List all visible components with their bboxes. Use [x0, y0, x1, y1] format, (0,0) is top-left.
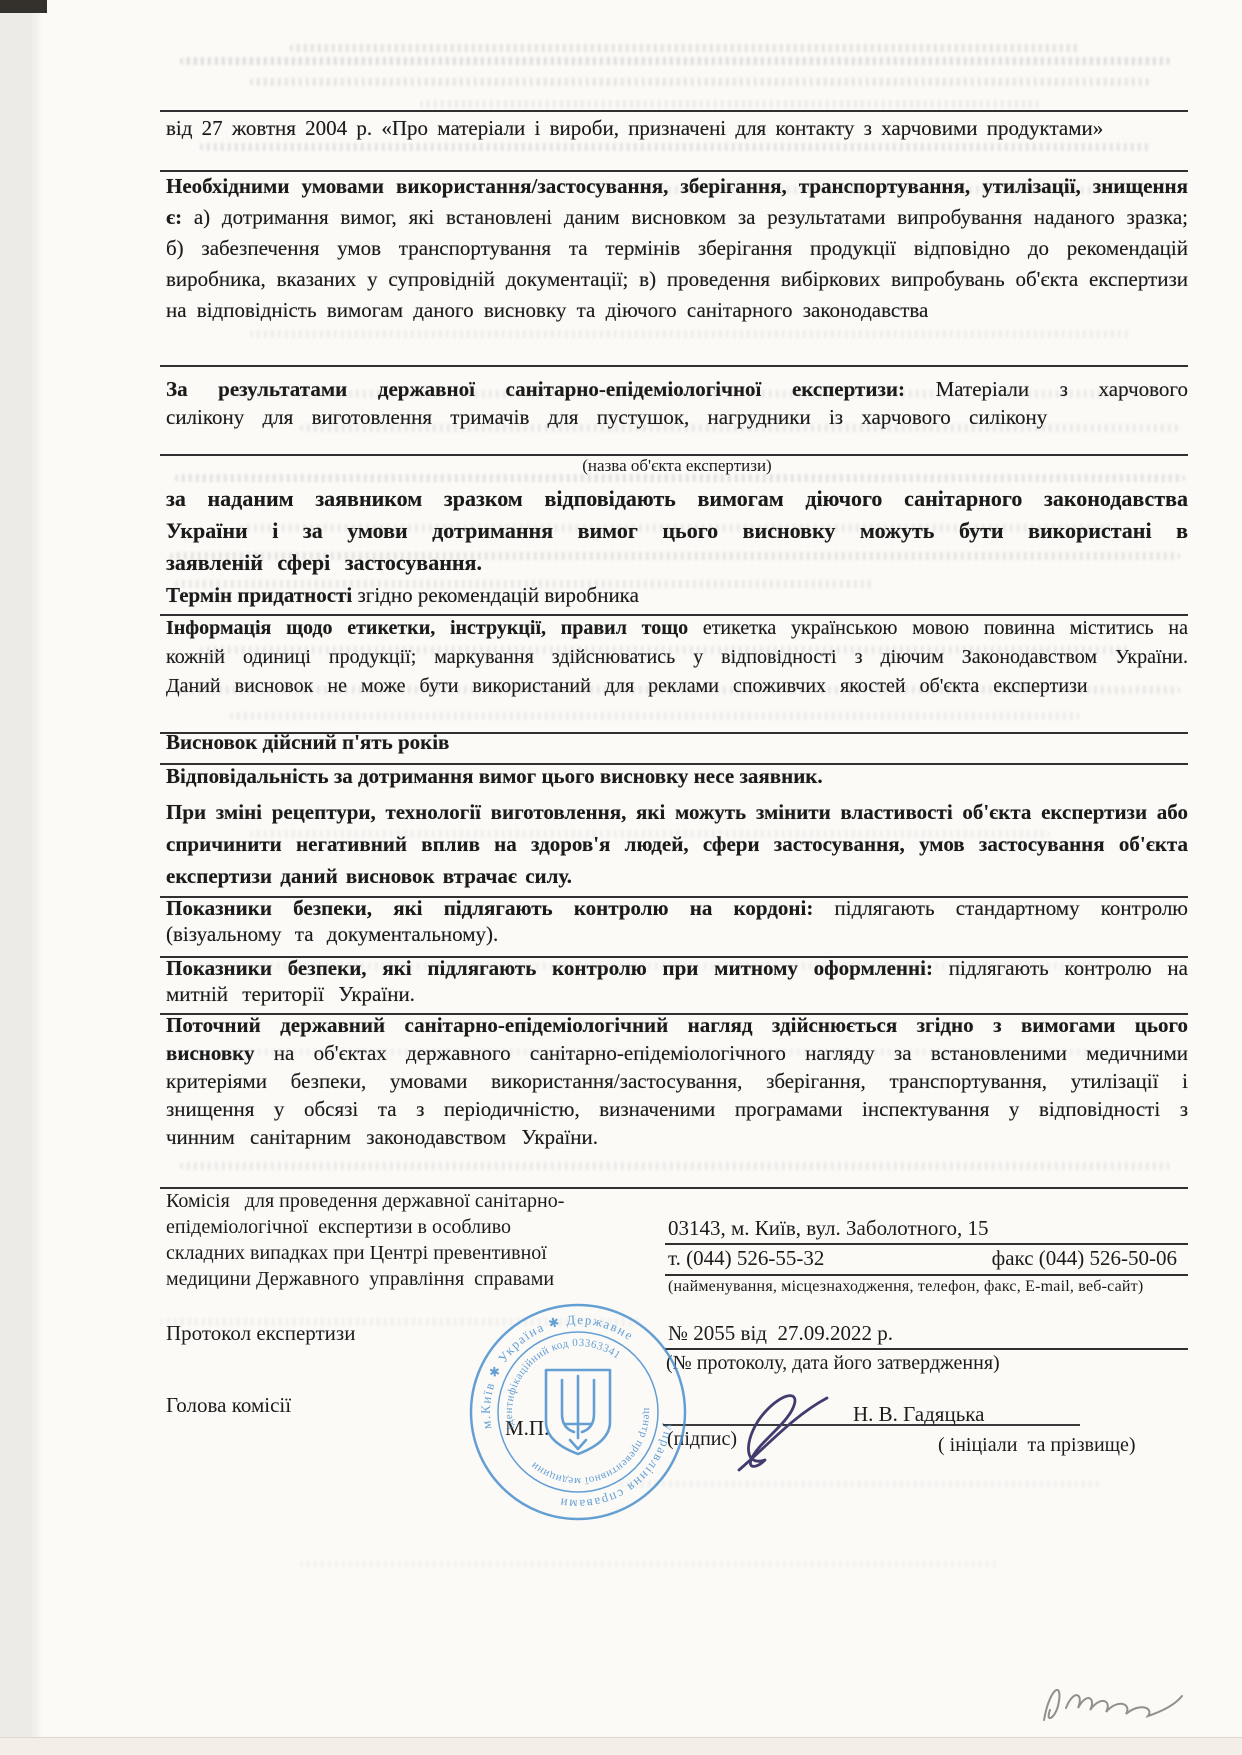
- protocol-caption: (№ протоколу, дата його затвердження): [666, 1352, 1000, 1375]
- protocol-underline: [665, 1348, 1188, 1350]
- scan-artifact: [300, 1560, 1000, 1568]
- scan-corner-mark: [0, 0, 47, 13]
- commission-address: 03143, м. Київ, вул. Заболотного, 15: [668, 1216, 989, 1241]
- commission-line: епідеміологічної експертизи в особливо: [166, 1214, 656, 1240]
- clause-border-control: Показники безпеки, які підлягають контро…: [166, 895, 1188, 947]
- scan-artifact: [180, 1162, 1170, 1170]
- scan-artifact: [250, 78, 1150, 86]
- commission-line: складних випадках при Центрі превентивно…: [166, 1240, 656, 1266]
- stamp-center-text: центр превентивної медицини: [521, 1404, 670, 1503]
- name-caption: ( ініціали та прізвище): [938, 1434, 1136, 1457]
- commission-name: Комісія для проведення державної санітар…: [166, 1188, 656, 1292]
- address-underline: [665, 1243, 1188, 1245]
- stamp-ring-text-top: м.Київ ✱ Україна ✱ Державне: [466, 1300, 652, 1433]
- scan-artifact: [200, 143, 1150, 151]
- clause-compliance-statement: за наданим заявником зразком відповідают…: [166, 483, 1188, 579]
- clause-validity: Висновок дійсний п'ять років: [166, 727, 1188, 757]
- scan-artifact: [420, 100, 1040, 108]
- protocol-value: № 2055 від 27.09.2022 р.: [668, 1321, 893, 1346]
- svg-text:центр превентивної медицини: центр превентивної медицини: [521, 1404, 670, 1503]
- scan-artifact: [620, 1480, 1100, 1488]
- clause-usage-conditions: Необхідними умовами використання/застосу…: [166, 171, 1188, 326]
- commission-line: медицини Державного управління справами: [166, 1266, 656, 1292]
- phone-number: т. (044) 526-55-32: [668, 1246, 824, 1271]
- clause-recipe-change: При зміні рецептури, технології виготовл…: [166, 796, 1188, 892]
- clause-label-info: Інформація щодо етикетки, інструкції, пр…: [166, 614, 1188, 701]
- protocol-label: Протокол експертизи: [166, 1321, 355, 1346]
- phone-underline: [665, 1274, 1188, 1276]
- separator-rule: [160, 365, 1188, 367]
- handwritten-signature: [735, 1382, 835, 1477]
- scanned-document-page: від 27 жовтня 2004 р. «Про матеріали і в…: [0, 0, 1242, 1755]
- trident-emblem-icon: [546, 1370, 610, 1454]
- clause-legal-basis: від 27 жовтня 2004 р. «Про матеріали і в…: [166, 112, 1188, 144]
- chair-label: Голова комісії: [166, 1393, 291, 1418]
- fax-number: факс (044) 526-50-06: [992, 1246, 1177, 1271]
- page-edge-bottom: [0, 1737, 1242, 1755]
- page-edge-left: [0, 0, 42, 1755]
- chair-name: Н. В. Гадяцька: [853, 1402, 984, 1427]
- clause-responsibility: Відповідальність за дотримання вимог цьо…: [166, 761, 1188, 791]
- scan-artifact: [250, 330, 1130, 338]
- object-name-caption: (назва об'єкта експертизи): [166, 456, 1188, 476]
- scan-artifact: [180, 57, 1170, 65]
- clause-shelf-life: Термін придатності згідно рекомендацій в…: [166, 580, 1188, 610]
- state-seal-stamp-icon: м.Київ ✱ Україна ✱ Державне управління с…: [466, 1300, 690, 1524]
- scan-artifact: [230, 712, 1080, 720]
- commission-line: Комісія для проведення державної санітар…: [166, 1188, 656, 1214]
- clause-expertise-result: За результатами державної санітарно-епід…: [166, 375, 1188, 431]
- scan-artifact: [290, 44, 1080, 52]
- commission-contacts: т. (044) 526-55-32 факс (044) 526-50-06: [668, 1246, 1177, 1271]
- clause-customs-control: Показники безпеки, які підлягають контро…: [166, 955, 1188, 1007]
- pencil-signature: [1030, 1668, 1200, 1738]
- clause-current-supervision: Поточний державний санітарно-епідеміолог…: [166, 1011, 1188, 1151]
- svg-text:м.Київ ✱ Україна ✱ Державне: м.Київ ✱ Україна ✱ Державне: [466, 1300, 652, 1433]
- contact-caption: (найменування, місцезнаходження, телефон…: [668, 1278, 1143, 1296]
